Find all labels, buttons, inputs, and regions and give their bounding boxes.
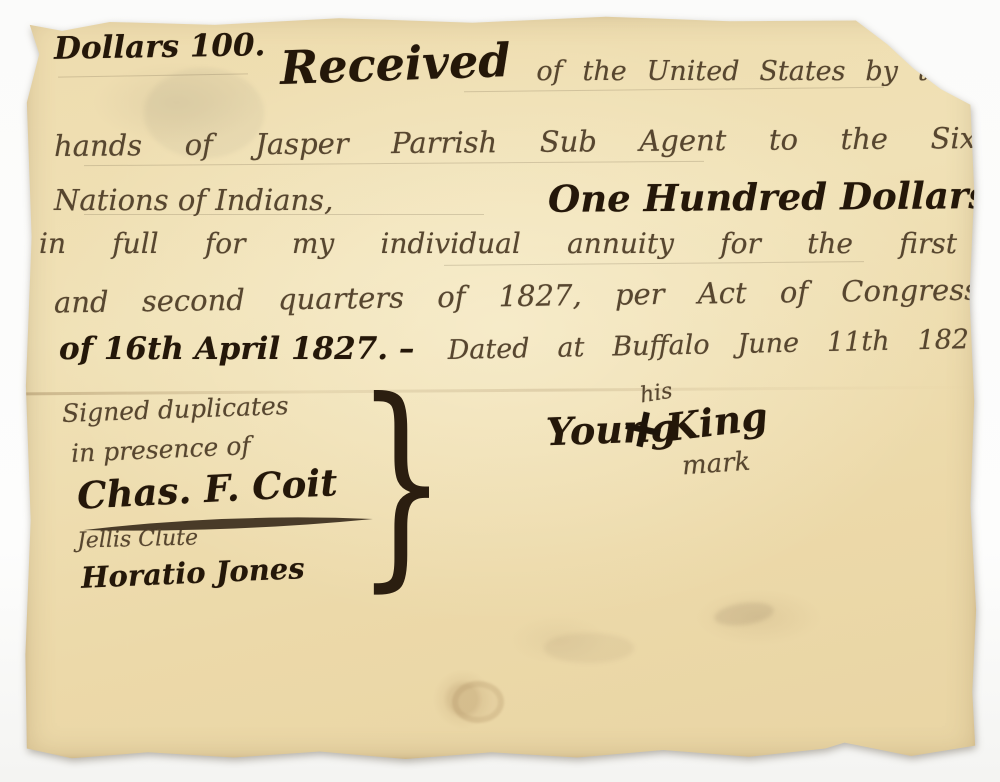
witness-statement-line-1: Signed duplicates [62, 391, 290, 428]
amount-in-words: One Hundred Dollars [548, 173, 990, 221]
receipt-paper: Dollars 100. Received of the United Stat… [24, 13, 978, 759]
witness-signature-clute: Jellis Clute [77, 525, 199, 553]
body-line-5: and second quarters of 1827, per Act of … [54, 273, 979, 320]
brace-mark: } [356, 371, 447, 593]
witness-signature-jones: Horatio Jones [80, 551, 305, 595]
guide-line [444, 261, 864, 266]
x-mark-icon: + [614, 391, 674, 465]
stain-mark [452, 681, 504, 723]
body-line-2: hands of Jasper Parrish Sub Agent to the… [54, 121, 976, 163]
opening-word: Received [279, 37, 511, 91]
signature-block: his Young + King mark [524, 373, 854, 513]
body-line-3-text: Nations of Indians, [54, 183, 333, 217]
witness-signature-coit: Chas. F. Coit [76, 460, 338, 518]
document-scan: Dollars 100. Received of the United Stat… [0, 0, 1000, 782]
guide-line [464, 87, 884, 92]
witness-statement-line-2: in presence of [70, 431, 251, 468]
amount-header: Dollars 100. [54, 27, 266, 67]
signatory-last-name: King [664, 393, 770, 450]
body-line-6: of 16th April 1827. – Dated at Buffalo J… [59, 331, 987, 367]
body-line-1: Received of the United States by the [280, 41, 962, 87]
guide-line [58, 73, 248, 77]
body-line-3: Nations of Indians, One Hundred Dollars [54, 175, 989, 219]
smudge-mark [713, 599, 775, 629]
smudge-mark [544, 633, 634, 663]
mark-label: mark [681, 447, 751, 482]
body-line-4: in full for my individual annuity for th… [39, 227, 957, 260]
dateline-text: Dated at Buffalo June 11th 1827 [448, 324, 987, 366]
body-line-1-text: of the United States by the [536, 56, 962, 87]
witness-block: Signed duplicates in presence of Chas. F… [59, 391, 389, 601]
